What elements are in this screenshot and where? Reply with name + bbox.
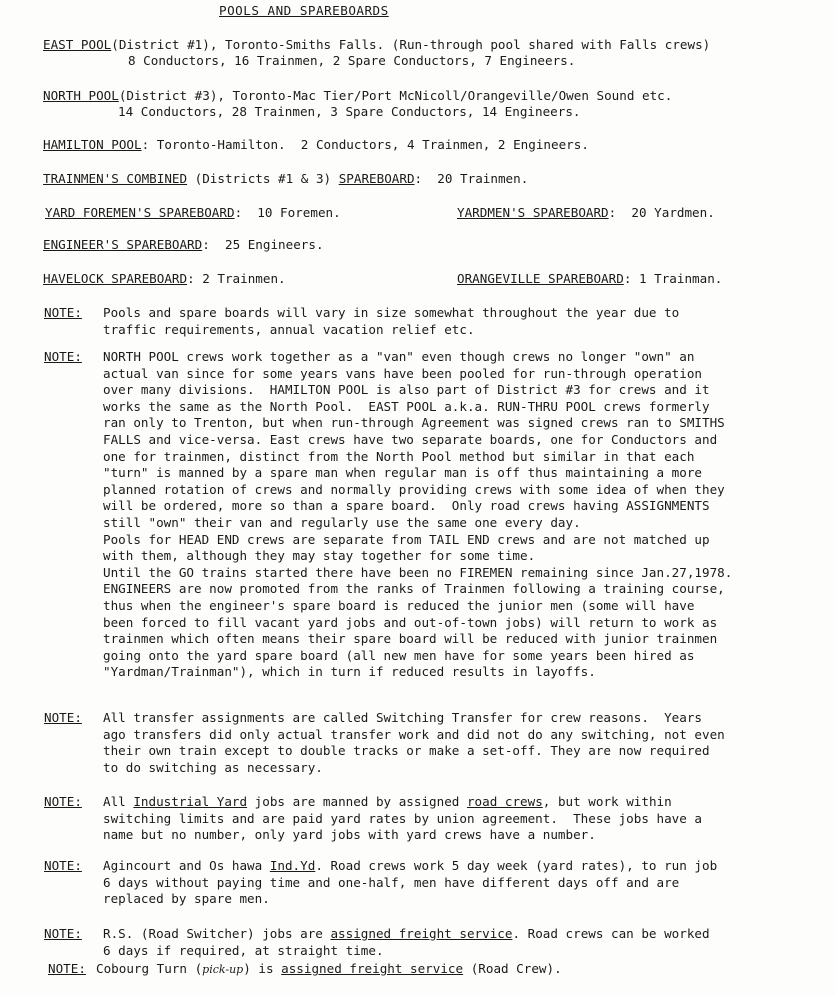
page-title: POOLS AND SPAREBOARDS xyxy=(219,3,389,18)
road-crews-term: road crews xyxy=(467,794,543,809)
havelock-value: : 2 Trainmen. xyxy=(187,271,286,286)
east-pool-line: EAST POOL(District #1), Toronto-Smiths F… xyxy=(43,37,710,54)
hamilton-pool-heading: HAMILTON POOL xyxy=(43,137,142,152)
havelock-line: HAVELOCK SPAREBOARD: 2 Trainmen. xyxy=(43,271,286,288)
note-6-pre: R.S. (Road Switcher) jobs are xyxy=(103,926,330,941)
note-7-pre: Cobourg Turn ( xyxy=(96,961,202,976)
assigned-freight-service-term: assigned freight service xyxy=(330,926,512,941)
note-label: NOTE: xyxy=(44,926,82,941)
yard-foremen-line: YARD FOREMEN'S SPAREBOARD: 10 Foremen. xyxy=(45,205,341,222)
note-6-text: R.S. (Road Switcher) jobs are assigned f… xyxy=(103,926,803,959)
yard-foremen-heading: YARD FOREMEN'S SPAREBOARD xyxy=(45,205,235,220)
east-pool-description: (District #1), Toronto-Smiths Falls. (Ru… xyxy=(111,37,710,52)
north-pool-line: NORTH POOL(District #3), Toronto-Mac Tie… xyxy=(43,88,672,105)
north-pool-description: (District #3), Toronto-Mac Tier/Port McN… xyxy=(119,88,673,103)
document-page: POOLS AND SPAREBOARDS EAST POOL(District… xyxy=(0,0,836,995)
handwritten-annotation: pick-up xyxy=(202,963,243,976)
hamilton-pool-description: : Toronto-Hamilton. 2 Conductors, 4 Trai… xyxy=(142,137,589,152)
districts-label: (Districts #1 & 3) xyxy=(187,171,339,186)
engineers-heading: ENGINEER'S SPAREBOARD xyxy=(43,237,202,252)
note-5-pre: Agincourt and Os hawa xyxy=(103,858,270,873)
note-7-post: (Road Crew). xyxy=(463,961,562,976)
note-2-text: NORTH POOL crews work together as a "van… xyxy=(103,349,803,681)
note-3-text: All transfer assignments are called Swit… xyxy=(103,710,803,776)
havelock-heading: HAVELOCK SPAREBOARD xyxy=(43,271,187,286)
engineers-line: ENGINEER'S SPAREBOARD: 25 Engineers. xyxy=(43,237,324,254)
note-label: NOTE: xyxy=(44,305,82,320)
note-4-pre: All xyxy=(103,794,133,809)
east-pool-crew-counts: 8 Conductors, 16 Trainmen, 2 Spare Condu… xyxy=(128,53,575,70)
note-7-text: Cobourg Turn (pick-up) is assigned freig… xyxy=(96,961,562,979)
spareboard-heading: SPAREBOARD xyxy=(339,171,415,186)
assigned-freight-service-term: assigned freight service xyxy=(281,961,463,976)
note-5-text: Agincourt and Os hawa Ind.Yd. Road crews… xyxy=(103,858,803,908)
trainmens-combined-value: : 20 Trainmen. xyxy=(415,171,529,186)
industrial-yard-term: Industrial Yard xyxy=(133,794,247,809)
hamilton-pool-line: HAMILTON POOL: Toronto-Hamilton. 2 Condu… xyxy=(43,137,589,154)
note-4-mid: jobs are manned by assigned xyxy=(247,794,467,809)
yardmen-value: : 20 Yardmen. xyxy=(609,205,715,220)
trainmens-combined-heading: TRAINMEN'S COMBINED xyxy=(43,171,187,186)
note-7-mid: ) is xyxy=(243,961,281,976)
orangeville-line: ORANGEVILLE SPAREBOARD: 1 Trainman. xyxy=(457,271,722,288)
east-pool-heading: EAST POOL xyxy=(43,37,111,52)
ind-yd-term: Ind.Yd xyxy=(270,858,316,873)
note-label: NOTE: xyxy=(44,794,82,809)
yardmen-line: YARDMEN'S SPAREBOARD: 20 Yardmen. xyxy=(457,205,715,222)
engineers-value: : 25 Engineers. xyxy=(202,237,323,252)
note-4-text: All Industrial Yard jobs are manned by a… xyxy=(103,794,803,844)
yardmen-heading: YARDMEN'S SPAREBOARD xyxy=(457,205,609,220)
north-pool-crew-counts: 14 Conductors, 28 Trainmen, 3 Spare Cond… xyxy=(118,104,581,121)
note-label: NOTE: xyxy=(48,961,86,976)
orangeville-heading: ORANGEVILLE SPAREBOARD xyxy=(457,271,624,286)
note-1-text: Pools and spare boards will vary in size… xyxy=(103,305,803,338)
note-label: NOTE: xyxy=(44,710,82,725)
yard-foremen-value: : 10 Foremen. xyxy=(235,205,341,220)
note-label: NOTE: xyxy=(44,349,82,364)
north-pool-heading: NORTH POOL xyxy=(43,88,119,103)
note-label: NOTE: xyxy=(44,858,82,873)
trainmens-combined-line: TRAINMEN'S COMBINED (Districts #1 & 3) S… xyxy=(43,171,528,188)
orangeville-value: : 1 Trainman. xyxy=(624,271,723,286)
